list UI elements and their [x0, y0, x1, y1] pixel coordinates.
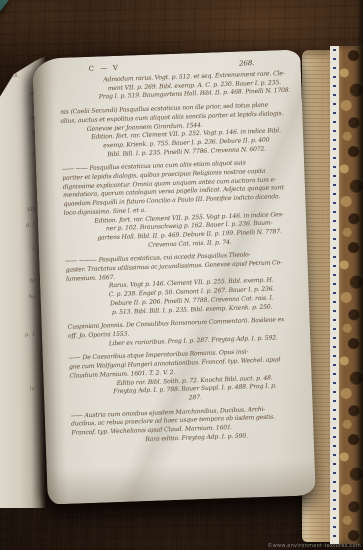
left-page-text-fragment: VII.: [27, 208, 37, 213]
manuscript-line: nis (Caelii Secundi) Pasquillus ecstatic…: [60, 101, 288, 118]
reference-line: Prag I. p. 519. Baumgartens Hall. Bibl. …: [90, 87, 300, 103]
reference-line: Debure II. p. 206. Pinelli N. 7788. Crev…: [93, 294, 291, 310]
reference-citations: Admodum rarus. Vogt. p. 512. et seq. Ext…: [89, 70, 300, 103]
reference-line: Editio rar. Bibl. Solth. p. 72. Knochii …: [96, 373, 294, 389]
manuscript-line: Francof. typ. Wechelianis apud Claud. Ma…: [71, 422, 299, 439]
manuscript-line: off. Jo. Oporini 1553.: [68, 325, 296, 342]
left-page-text-fragment: p. 1.: [25, 333, 37, 338]
catalog-entries: Admodum rarus. Vogt. p. 512. et seq. Ext…: [59, 70, 302, 498]
reference-line: C. p. 238. Engel p. 50. Osmont I. p. 267…: [92, 285, 290, 301]
reference-line: ner p. 102. Braunschweig p. 162. Bauer I…: [90, 219, 288, 235]
reference-line: 287.: [96, 391, 294, 407]
manuscript-line: gaster. Tractatus utilissimus ac jucundi…: [66, 259, 294, 276]
manuscript-page: C — V 268. Admodum rarus. Vogt. p. 512. …: [32, 49, 315, 504]
reference-line: Crevenna Cat. rais. II. p. 74.: [91, 237, 289, 253]
catalog-entry: Admodum rarus. Vogt. p. 512. et seq. Ext…: [59, 70, 288, 104]
book-photo: 26. m. ia, d. l. VII. g. I. 1. br. ba. p…: [0, 0, 363, 550]
deckle-dot-strip: [330, 46, 339, 544]
reference-line: gartens Hall. Bibl. II. p. 469. Debure I…: [90, 228, 288, 244]
reference-line: Freytag Adp. I. p. 788. Bauer Suppl. I. …: [96, 382, 294, 398]
reference-line: ment VII. p. 269. Bibl. exemp. A. C. p. …: [89, 78, 299, 94]
photo-edge-shadow: [357, 0, 363, 550]
reference-line: Admodum rarus. Vogt. p. 512. et seq. Ext…: [89, 70, 299, 86]
manuscript-line: Cuspiniani Joannis. De Consulibus Romano…: [68, 316, 296, 333]
left-page-text-fragment: br.: [30, 279, 37, 284]
catalog-entry: —— De Caesaribus atque Imperatoribus Rom…: [69, 347, 299, 407]
manuscript-line: —— ——— Pasquillus ecstaticus, cui accedi…: [65, 250, 293, 267]
catalog-entry: —— —— Pasquillus ecstaticus una cum alii…: [62, 158, 293, 253]
reference-citations: Liber ex rarioribus. Prag I. p. 287. Fre…: [94, 334, 292, 350]
reference-line: Rara editio. Freytag Adp. I. p. 590.: [98, 431, 296, 447]
catalog-entry: Cuspiniani Joannis. De Consulibus Romano…: [68, 316, 297, 350]
running-header: C — V 268.: [33, 57, 301, 74]
reference-citations: Rarus. Vogt p. 146. Clement VII. p. 255.…: [92, 276, 291, 318]
manuscript-line: lumesium. 1667.: [66, 268, 294, 285]
left-page-text-fragment: 1.: [32, 247, 37, 252]
manuscript-line: alius, auctus et expolitus cum aliquot a…: [60, 110, 288, 127]
left-page-text-fragment: la.: [30, 387, 37, 392]
reference-line: p. 513. Bibl. Bill. I. p. 235. Bibl. exe…: [93, 303, 291, 319]
page-number: 268.: [239, 59, 255, 68]
watermark: ©www.environment-textures.com: [267, 543, 361, 549]
reference-line: Liber ex rarioribus. Prag I. p. 287. Fre…: [94, 334, 292, 350]
manuscript-line: —— —— Pasquillus ecstaticus una cum alii…: [62, 158, 290, 175]
reference-line: exemp. Krienk. p. 755. Bauer I. p. 236. …: [87, 136, 285, 152]
manuscript-line: dignissime explicantur. Omnia quam unqua…: [63, 176, 291, 193]
reference-citations: Rara editio. Freytag Adp. I. p. 590.: [98, 431, 296, 447]
reference-citations: Edition. fort. rar. Clement VII. p. 252.…: [87, 127, 286, 160]
left-page-text-fragment: g. I.: [26, 223, 37, 228]
manuscript-line: Genevae per Joannem Girardum. 1544.: [61, 118, 289, 135]
catalog-entry: —— Austria cum omnibus ejusdem Marchioni…: [71, 404, 300, 447]
section-label: C — V: [89, 64, 120, 73]
left-page-text-fragment: ba.: [29, 295, 38, 300]
manuscript-line: ducibus, ac rebus praeclare ad haec usqu…: [71, 413, 299, 430]
manuscript-line: Claudium Marnium. 1601. T. 2. V. 2.: [69, 365, 297, 382]
manuscript-line: —— De Caesaribus atque Imperatoribus Rom…: [69, 347, 297, 364]
manuscript-line: quaedam Pasquilli in futuro Concilio a P…: [63, 193, 291, 210]
reference-citations: Editio rar. Bibl. Solth. p. 72. Knochii …: [96, 373, 295, 406]
manuscript-line: loco dignissima. Sine l. et a.: [64, 202, 292, 219]
manuscript-line: gne cum Wolfgangi Hungeri annotationibus…: [69, 356, 297, 373]
catalog-entry: nis (Caelii Secundi) Pasquillus ecstatic…: [60, 101, 290, 161]
manuscript-line: —— Austria cum omnibus ejusdem Marchioni…: [71, 404, 299, 421]
reference-citations: Edition. fort. rar. Clement VII. p. 255.…: [90, 211, 289, 253]
reference-line: Bibl. Bill. I. p. 235. Pinelli N. 7786. …: [88, 145, 286, 161]
catalog-entry: —— ——— Pasquillus ecstaticus, cui accedi…: [65, 250, 295, 319]
reference-line: Edition. fort. rar. Clement VII. p. 255.…: [90, 211, 288, 227]
reference-line: Rarus. Vogt p. 146. Clement VII. p. 255.…: [92, 276, 290, 292]
manuscript-line: pariter et lepidis dialogis, quibus prae…: [62, 167, 290, 184]
reference-line: Edition. fort. rar. Clement VII. p. 252.…: [87, 127, 285, 143]
manuscript-line: mendatiora, quorum catalogum versa pagel…: [63, 184, 291, 201]
